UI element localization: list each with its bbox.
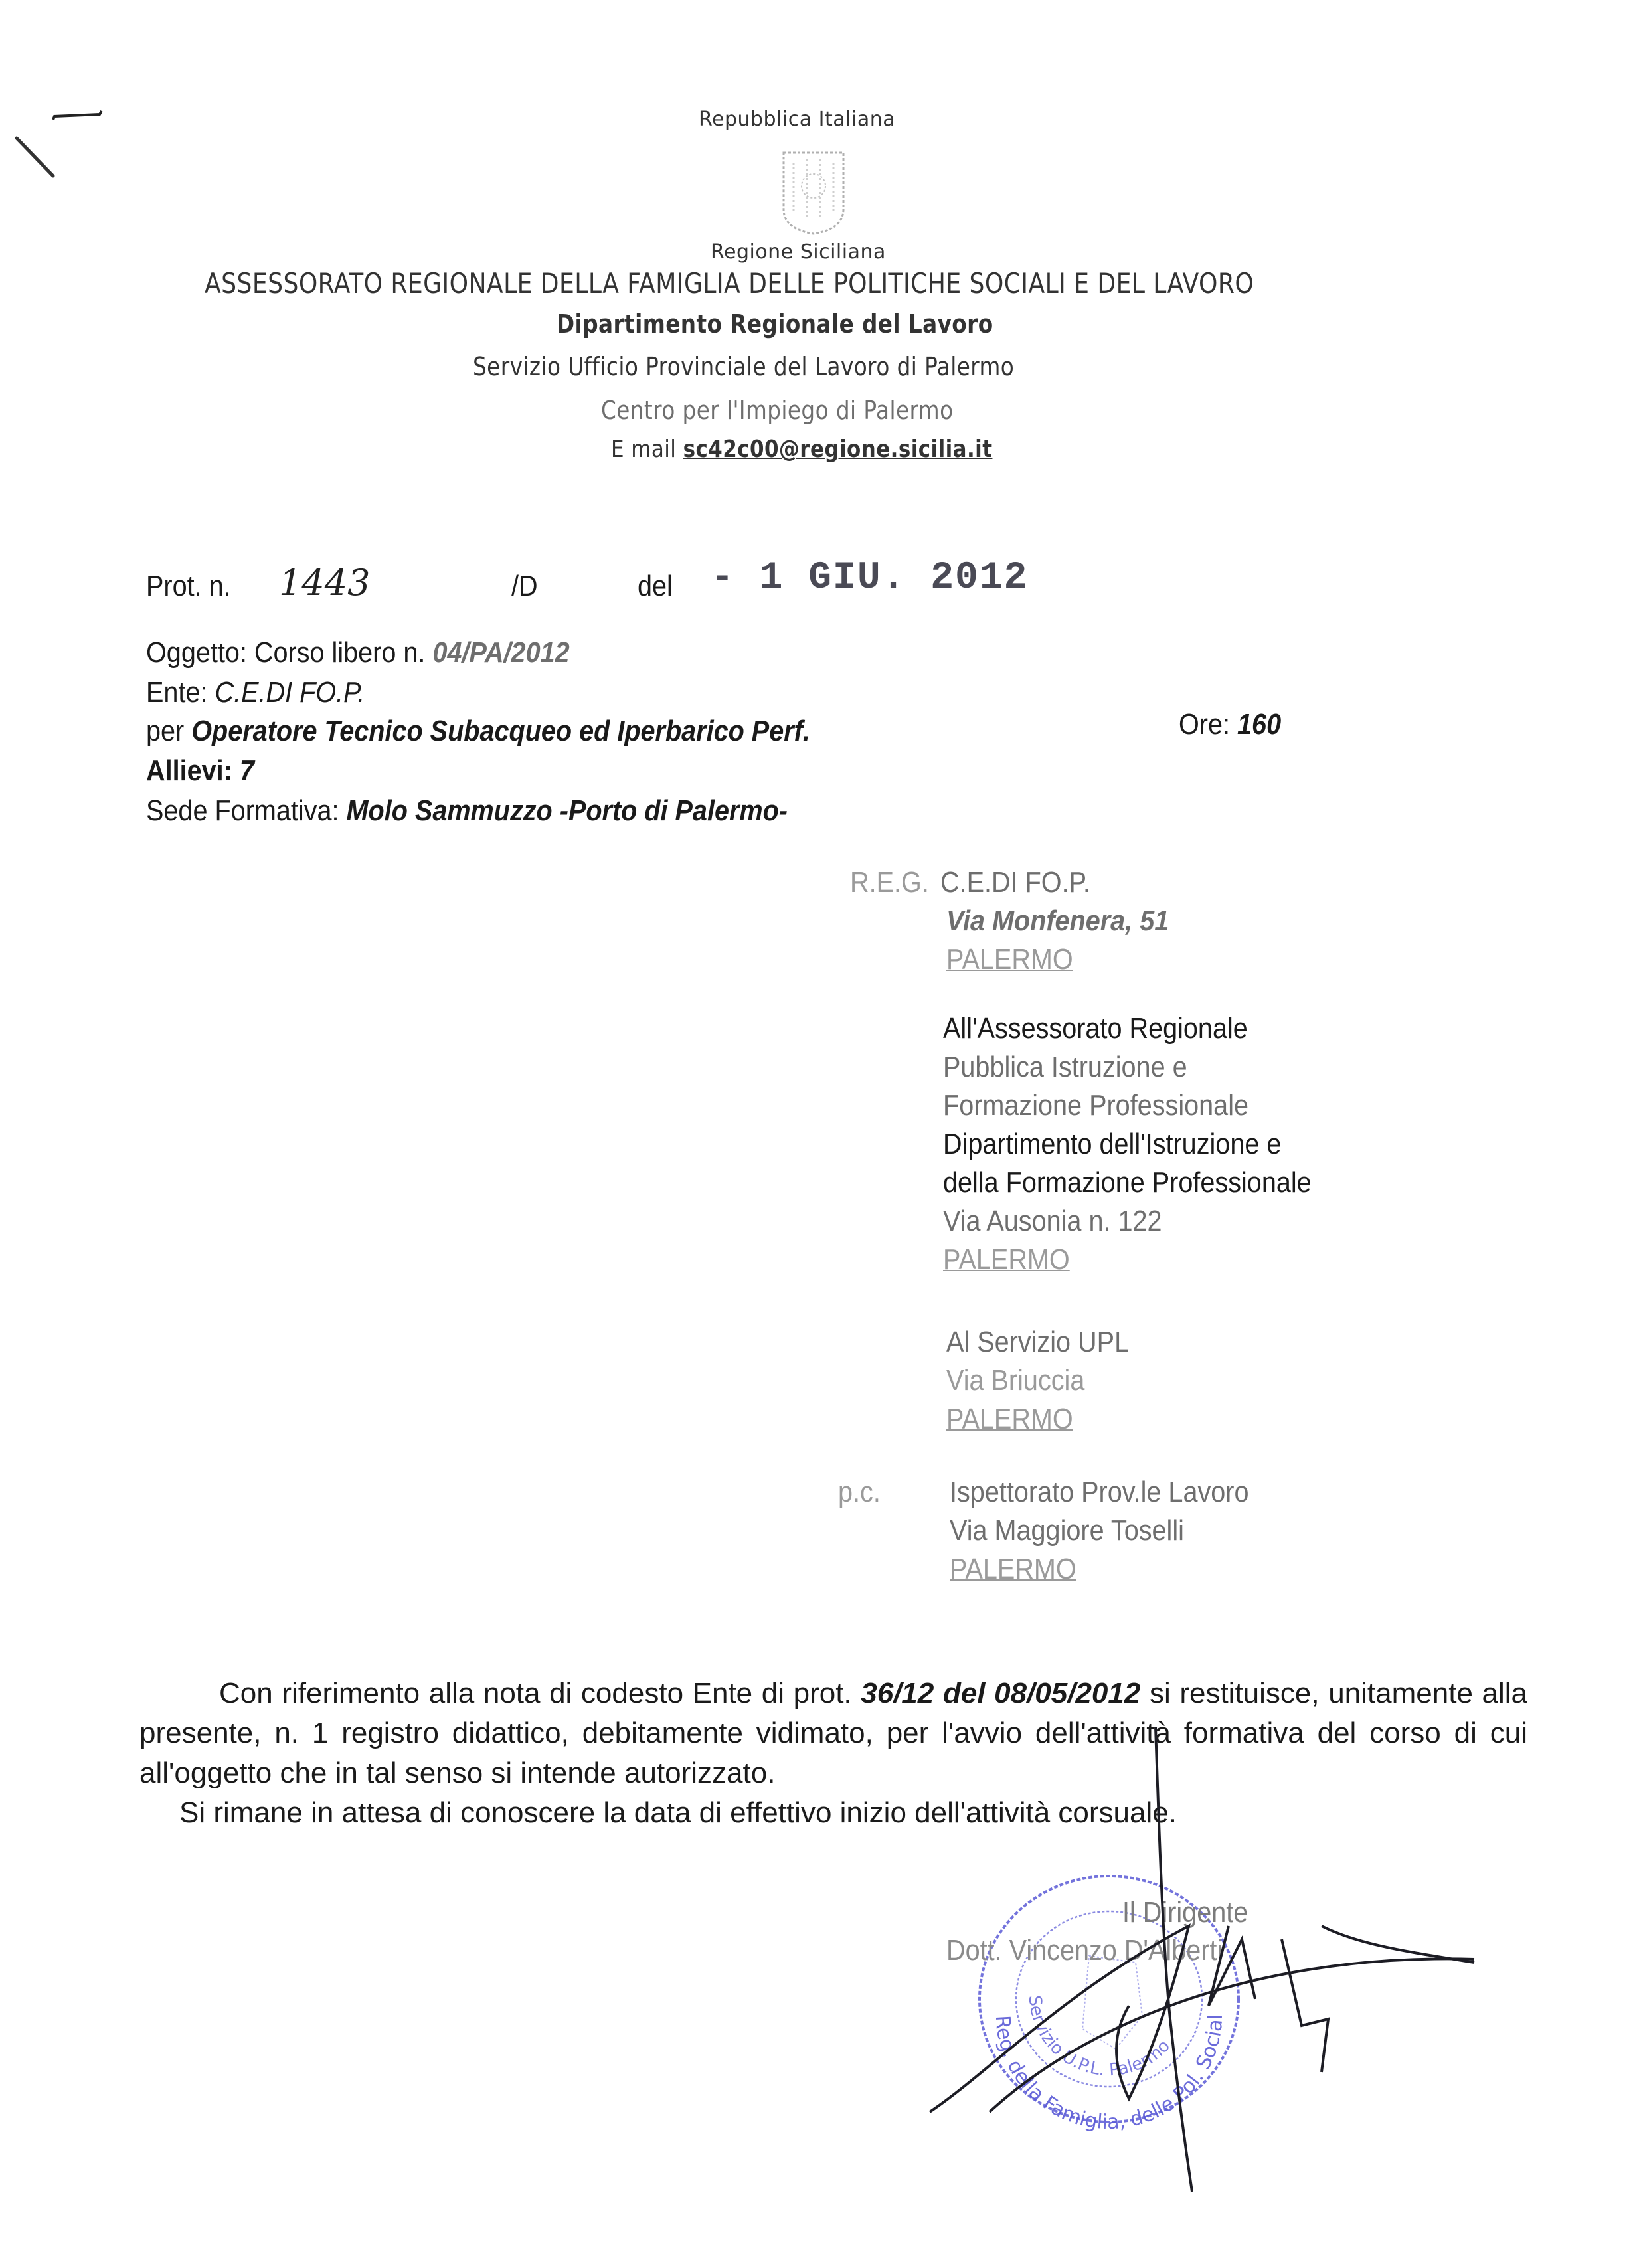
addressee-1: C.E.DI FO.P. Via Monfenera, 51 PALERMO bbox=[946, 902, 1169, 979]
reference-protocol: 36/12 del 08/05/2012 bbox=[861, 1677, 1140, 1709]
oggetto-value: 04/PA/2012 bbox=[432, 636, 569, 669]
ente-label: Ente: bbox=[146, 676, 207, 709]
protocol-date-label: del bbox=[638, 570, 673, 603]
regional-emblem-icon bbox=[774, 146, 853, 236]
training-venue-line: Sede Formativa: Molo Sammuzzo -Porto di … bbox=[146, 794, 788, 828]
addressee-1-street: Via Monfenera, 51 bbox=[946, 902, 1169, 940]
addressee-3-city: PALERMO bbox=[946, 1400, 1129, 1439]
addressee-cc-line: Ispettorato Prov.le Lavoro bbox=[950, 1473, 1249, 1512]
handwritten-signature bbox=[910, 1727, 1481, 2192]
ente-value: C.E.DI FO.P. bbox=[215, 676, 365, 709]
venue-value: Molo Sammuzzo -Porto di Palermo- bbox=[347, 794, 788, 827]
handwritten-corner-mark bbox=[0, 80, 120, 179]
addressee-2-line: Pubblica Istruzione e bbox=[943, 1048, 1312, 1087]
protocol-number-handwritten: 1443 bbox=[279, 562, 370, 604]
addressee-2-city: PALERMO bbox=[943, 1241, 1312, 1279]
oggetto-label: Oggetto: Corso libero n. bbox=[146, 636, 425, 669]
addressee-cc-line: Via Maggiore Toselli bbox=[950, 1512, 1249, 1550]
dipartimento-heading: Dipartimento Regionale del Lavoro bbox=[557, 309, 993, 339]
addressee-2-line: All'Assessorato Regionale bbox=[943, 1009, 1312, 1048]
addressee-3-line: Via Briuccia bbox=[946, 1361, 1129, 1400]
addressee-cc: Ispettorato Prov.le Lavoro Via Maggiore … bbox=[950, 1473, 1249, 1589]
addressee-2-line: Via Ausonia n. 122 bbox=[943, 1202, 1312, 1241]
addressee-2-line: della Formazione Professionale bbox=[943, 1164, 1312, 1202]
addressee-1-city: PALERMO bbox=[946, 940, 1169, 979]
ente-line: Ente: C.E.DI FO.P. bbox=[146, 676, 365, 709]
assessorato-heading: ASSESSORATO REGIONALE DELLA FAMIGLIA DEL… bbox=[205, 267, 1254, 300]
addressee-3-line: Al Servizio UPL bbox=[946, 1323, 1129, 1361]
addressee-1-name: C.E.DI FO.P. bbox=[940, 863, 1169, 902]
protocol-suffix: /D bbox=[511, 570, 538, 603]
email-line: E mail sc42c00@regione.sicilia.it bbox=[611, 436, 992, 463]
addressee-3: Al Servizio UPL Via Briuccia PALERMO bbox=[946, 1323, 1129, 1439]
email-label: E mail bbox=[611, 436, 676, 463]
addressee-2-line: Formazione Professionale bbox=[943, 1087, 1312, 1125]
cc-label: p.c. bbox=[838, 1473, 881, 1512]
addressee-1-prefix: R.E.G. bbox=[850, 863, 929, 902]
hours-value: 160 bbox=[1237, 708, 1281, 741]
students-label: Allievi: bbox=[146, 754, 232, 787]
body-text: Con riferimento alla nota di codesto Ent… bbox=[219, 1677, 861, 1709]
addressee-2-line: Dipartimento dell'Istruzione e bbox=[943, 1125, 1312, 1164]
republic-label: Repubblica Italiana bbox=[699, 108, 895, 131]
per-label: per bbox=[146, 715, 184, 747]
course-line: per Operatore Tecnico Subacqueo ed Iperb… bbox=[146, 715, 810, 748]
venue-label: Sede Formativa: bbox=[146, 794, 339, 827]
protocol-date-stamp: - 1 GIU. 2012 bbox=[711, 557, 1028, 600]
email-link[interactable]: sc42c00@regione.sicilia.it bbox=[683, 436, 993, 463]
course-name: Operatore Tecnico Subacqueo ed Iperbaric… bbox=[191, 715, 810, 747]
addressee-2: All'Assessorato Regionale Pubblica Istru… bbox=[943, 1009, 1312, 1279]
students-value: 7 bbox=[240, 754, 254, 787]
hours-line: Ore: 160 bbox=[1179, 708, 1281, 741]
students-line: Allievi: 7 bbox=[146, 754, 254, 788]
hours-label: Ore: bbox=[1179, 708, 1230, 741]
region-label: Regione Siciliana bbox=[711, 240, 886, 264]
addressee-cc-city: PALERMO bbox=[950, 1550, 1249, 1589]
servizio-heading: Servizio Ufficio Provinciale del Lavoro … bbox=[473, 352, 1014, 381]
centro-heading: Centro per l'Impiego di Palermo bbox=[601, 396, 953, 425]
protocol-prefix: Prot. n. bbox=[146, 570, 231, 603]
oggetto-line: Oggetto: Corso libero n. 04/PA/2012 bbox=[146, 636, 570, 669]
